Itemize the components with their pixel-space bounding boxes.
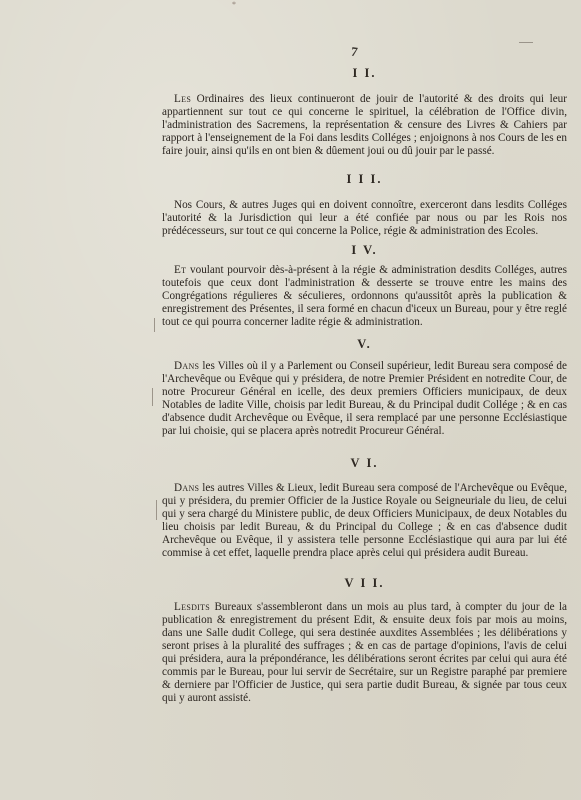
- lead-word: Dans: [174, 482, 199, 494]
- margin-mark: [154, 318, 155, 332]
- article-7: V I I. Lesdits Bureaux s'assembleront da…: [162, 576, 567, 705]
- lead-word: Et: [174, 264, 186, 276]
- article-body: Bureaux s'assembleront dans un mois au p…: [162, 601, 567, 704]
- article-text: Dans les autres Villes & Lieux, ledit Bu…: [162, 482, 567, 560]
- article-body: les autres Villes & Lieux, ledit Bureau …: [162, 482, 567, 559]
- lead-word: Dans: [174, 360, 199, 372]
- article-body: Ordinaires des lieux continueront de jou…: [162, 93, 567, 157]
- margin-mark: [152, 388, 153, 406]
- article-text: Nos Cours, & autres Juges qui en doivent…: [162, 199, 567, 238]
- margin-mark: [156, 500, 157, 520]
- article-body: les Villes où il y a Parlement ou Consei…: [162, 360, 567, 437]
- article-text: Lesdits Bureaux s'assembleront dans un m…: [162, 601, 567, 705]
- article-heading: V I I.: [162, 576, 567, 590]
- article-text: Et voulant pourvoir dès-à-présent à la r…: [162, 264, 567, 329]
- article-5: V. Dans les Villes où il y a Parlement o…: [162, 337, 567, 438]
- document-page: * 7 I I. Les Ordinaires des lieux contin…: [0, 0, 581, 800]
- article-2: I I. Les Ordinaires des lieux continuero…: [162, 66, 567, 158]
- margin-dash: [519, 42, 533, 43]
- article-heading: I I I.: [162, 172, 567, 186]
- lead-word: Les: [174, 93, 191, 105]
- page-number: 7: [350, 44, 359, 61]
- article-heading: I V.: [162, 243, 567, 257]
- top-mark: *: [232, 0, 236, 9]
- article-text: Dans les Villes où il y a Parlement ou C…: [162, 360, 567, 438]
- lead-word: Lesdits: [174, 601, 210, 613]
- article-heading: V.: [162, 337, 567, 351]
- article-body: Nos Cours, & autres Juges qui en doivent…: [162, 199, 567, 237]
- article-heading: I I.: [162, 66, 567, 80]
- article-3: I I I. Nos Cours, & autres Juges qui en …: [162, 172, 567, 238]
- article-text: Les Ordinaires des lieux continueront de…: [162, 93, 567, 158]
- article-body: voulant pourvoir dès-à-présent à la régi…: [162, 264, 567, 328]
- article-6: V I. Dans les autres Villes & Lieux, led…: [162, 456, 567, 560]
- article-heading: V I.: [162, 456, 567, 470]
- article-4: I V. Et voulant pourvoir dès-à-présent à…: [162, 243, 567, 329]
